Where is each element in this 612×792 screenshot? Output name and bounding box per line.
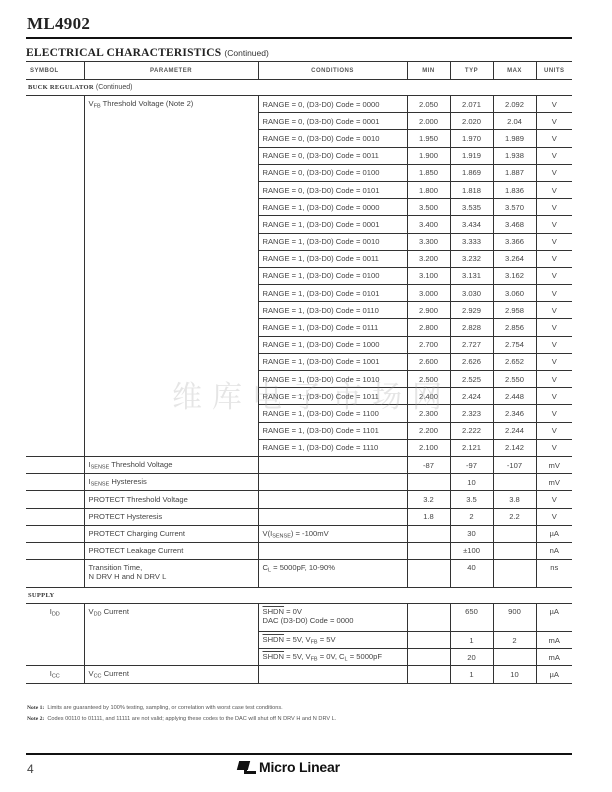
conditions-cell: RANGE = 1, (D3-D0) Code = 1100 <box>258 405 407 422</box>
parameter-cell: PROTECT Charging Current <box>84 525 258 542</box>
min-value: 2.100 <box>407 439 450 456</box>
conditions-cell <box>258 542 407 559</box>
parameter-cell: ISENSE Threshold Voltage <box>84 456 258 473</box>
parameter-cell: ISENSE Hysteresis <box>84 474 258 491</box>
company-name: Micro Linear <box>259 759 340 775</box>
min-value <box>407 649 450 666</box>
subscript-text: CC <box>94 674 102 680</box>
units-value: V <box>536 422 572 439</box>
cell-text: SHDN = 0V <box>263 607 403 616</box>
max-value: 1.989 <box>493 130 536 147</box>
conditions-cell: RANGE = 1, (D3-D0) Code = 1000 <box>258 336 407 353</box>
parameter-cell: VDD Current <box>84 604 258 666</box>
max-value: 2.856 <box>493 319 536 336</box>
max-value: 10 <box>493 666 536 683</box>
max-value: -107 <box>493 456 536 473</box>
typ-value: 1 <box>450 666 493 683</box>
min-value: 3.200 <box>407 250 450 267</box>
cell-text: Hysteresis <box>109 477 147 486</box>
typ-value: 3.333 <box>450 233 493 250</box>
table-row: ISENSE Hysteresis10mV <box>26 474 572 491</box>
conditions-cell: RANGE = 1, (D3-D0) Code = 0010 <box>258 233 407 250</box>
symbol-cell <box>26 525 84 542</box>
col-max: MAX <box>493 62 536 80</box>
units-value: V <box>536 508 572 525</box>
symbol-cell <box>26 456 84 473</box>
subscript-text: FB <box>311 657 318 663</box>
typ-value: 2.424 <box>450 388 493 405</box>
units-value: V <box>536 216 572 233</box>
note-label: Note 1: <box>27 705 44 711</box>
max-value: 2.958 <box>493 302 536 319</box>
col-typ: TYP <box>450 62 493 80</box>
subscript-text: CC <box>52 674 60 680</box>
conditions-cell: RANGE = 1, (D3-D0) Code = 0001 <box>258 216 407 233</box>
min-value: 1.900 <box>407 147 450 164</box>
cell-text: = 5000pF <box>348 652 382 661</box>
parameter-cell: PROTECT Hysteresis <box>84 508 258 525</box>
parameter-cell: PROTECT Leakage Current <box>84 542 258 559</box>
symbol-cell <box>26 96 84 457</box>
min-value: 2.200 <box>407 422 450 439</box>
conditions-cell: RANGE = 1, (D3-D0) Code = 0000 <box>258 199 407 216</box>
table-row: PROTECT Leakage Current±100nA <box>26 542 572 559</box>
units-value: V <box>536 302 572 319</box>
page-number: 4 <box>27 762 34 776</box>
conditions-cell: RANGE = 1, (D3-D0) Code = 1110 <box>258 439 407 456</box>
max-value: 2.142 <box>493 439 536 456</box>
max-value: 3.264 <box>493 250 536 267</box>
min-value: 1.850 <box>407 164 450 181</box>
parameter-cell: PROTECT Threshold Voltage <box>84 491 258 508</box>
conditions-cell: CL = 5000pF, 10-90% <box>258 560 407 588</box>
typ-value: 1 <box>450 632 493 649</box>
symbol-cell <box>26 491 84 508</box>
max-value <box>493 525 536 542</box>
min-value: 2.500 <box>407 371 450 388</box>
conditions-cell: SHDN = 5V, VFB = 5V <box>258 632 407 649</box>
typ-value: 2.071 <box>450 96 493 113</box>
typ-value: 30 <box>450 525 493 542</box>
cell-text: Current <box>102 607 129 616</box>
typ-value: 3.5 <box>450 491 493 508</box>
cell-text: Current <box>102 669 129 678</box>
max-value: 2.244 <box>493 422 536 439</box>
max-value <box>493 542 536 559</box>
units-value: V <box>536 96 572 113</box>
min-value <box>407 542 450 559</box>
units-value: µA <box>536 525 572 542</box>
typ-value: 1.869 <box>450 164 493 181</box>
min-value <box>407 666 450 683</box>
table-row: IDDVDD CurrentSHDN = 0VDAC (D3-D0) Code … <box>26 604 572 632</box>
col-parameter: PARAMETER <box>84 62 258 80</box>
conditions-cell: RANGE = 1, (D3-D0) Code = 0110 <box>258 302 407 319</box>
cell-text: = 5V, V <box>284 652 311 661</box>
cell-text: = 5000pF, 10-90% <box>271 563 335 572</box>
max-value: 3.162 <box>493 267 536 284</box>
units-value: V <box>536 250 572 267</box>
section-title-suffix: (Continued) <box>224 48 268 58</box>
conditions-cell: SHDN = 0VDAC (D3-D0) Code = 0000 <box>258 604 407 632</box>
max-value: 2.448 <box>493 388 536 405</box>
min-value <box>407 632 450 649</box>
units-value: V <box>536 388 572 405</box>
max-value: 2.04 <box>493 113 536 130</box>
max-value: 2.346 <box>493 405 536 422</box>
subscript-text: SENSE <box>91 464 110 470</box>
units-value: V <box>536 181 572 198</box>
min-value: 1.800 <box>407 181 450 198</box>
parameter-cell: VCC Current <box>84 666 258 683</box>
conditions-cell <box>258 666 407 683</box>
typ-value: 2.828 <box>450 319 493 336</box>
footer-rule <box>26 753 572 755</box>
subscript-text: DD <box>52 612 60 618</box>
typ-value: 2.626 <box>450 353 493 370</box>
conditions-cell: RANGE = 0, (D3-D0) Code = 0010 <box>258 130 407 147</box>
max-value <box>493 649 536 666</box>
conditions-cell: RANGE = 0, (D3-D0) Code = 0001 <box>258 113 407 130</box>
typ-value: 3.232 <box>450 250 493 267</box>
cell-text: DAC (D3-D0) Code = 0000 <box>263 616 403 625</box>
typ-value: -97 <box>450 456 493 473</box>
typ-value: 3.030 <box>450 285 493 302</box>
conditions-cell: RANGE = 1, (D3-D0) Code = 1011 <box>258 388 407 405</box>
conditions-cell: RANGE = 1, (D3-D0) Code = 1101 <box>258 422 407 439</box>
typ-value: 20 <box>450 649 493 666</box>
min-value: 3.000 <box>407 285 450 302</box>
section-title: ELECTRICAL CHARACTERISTICS (Continued) <box>26 47 269 59</box>
min-value: 2.700 <box>407 336 450 353</box>
electrical-characteristics-table: SYMBOL PARAMETER CONDITIONS MIN TYP MAX … <box>26 61 572 684</box>
conditions-cell: RANGE = 1, (D3-D0) Code = 0100 <box>258 267 407 284</box>
conditions-cell: RANGE = 0, (D3-D0) Code = 0011 <box>258 147 407 164</box>
symbol-cell <box>26 542 84 559</box>
cell-text: Threshold Voltage <box>109 460 172 469</box>
units-value: V <box>536 233 572 250</box>
conditions-cell <box>258 508 407 525</box>
symbol-cell <box>26 560 84 588</box>
units-value: V <box>536 371 572 388</box>
typ-value: 2.929 <box>450 302 493 319</box>
units-value: µA <box>536 604 572 632</box>
min-value <box>407 525 450 542</box>
note-text: Codes 00110 to 01111, and 11111 are not … <box>47 716 336 722</box>
typ-value: 1.970 <box>450 130 493 147</box>
min-value: 2.000 <box>407 113 450 130</box>
conditions-cell: RANGE = 0, (D3-D0) Code = 0101 <box>258 181 407 198</box>
min-value: 3.300 <box>407 233 450 250</box>
symbol-cell <box>26 508 84 525</box>
typ-value: 2.323 <box>450 405 493 422</box>
parameter-cell: VFB Threshold Voltage (Note 2) <box>84 96 258 457</box>
typ-value: 3.535 <box>450 199 493 216</box>
units-value: V <box>536 319 572 336</box>
max-value: 2.754 <box>493 336 536 353</box>
col-symbol: SYMBOL <box>26 62 84 80</box>
group-row-buck: BUCK REGULATOR (Continued) <box>26 80 572 96</box>
group-label: BUCK REGULATOR (Continued) <box>26 80 572 96</box>
conditions-cell: SHDN = 5V, VFB = 0V, CL = 5000pF <box>258 649 407 666</box>
max-value: 3.468 <box>493 216 536 233</box>
cell-text: = 0V <box>284 607 302 616</box>
table-row: PROTECT Threshold Voltage3.23.53.8V <box>26 491 572 508</box>
units-value: V <box>536 164 572 181</box>
table-row: ICCVCC Current110µA <box>26 666 572 683</box>
cell-text: V(I <box>263 529 273 538</box>
typ-value: 3.131 <box>450 267 493 284</box>
param-sub: FB <box>94 104 101 110</box>
col-units: UNITS <box>536 62 572 80</box>
section-title-text: ELECTRICAL CHARACTERISTICS <box>26 47 221 59</box>
units-value: V <box>536 405 572 422</box>
units-value: V <box>536 439 572 456</box>
units-value: ns <box>536 560 572 588</box>
conditions-cell: RANGE = 1, (D3-D0) Code = 0011 <box>258 250 407 267</box>
typ-value: 2 <box>450 508 493 525</box>
col-conditions: CONDITIONS <box>258 62 407 80</box>
max-value: 1.887 <box>493 164 536 181</box>
table-row: Transition Time,N DRV H and N DRV LCL = … <box>26 560 572 588</box>
note-1: Note 1: Limits are guaranteed by 100% te… <box>27 703 336 714</box>
max-value: 3.8 <box>493 491 536 508</box>
note-label: Note 2: <box>27 716 44 722</box>
units-value: V <box>536 336 572 353</box>
parameter-cell: Transition Time,N DRV H and N DRV L <box>84 560 258 588</box>
min-value: 2.600 <box>407 353 450 370</box>
symbol-cell <box>26 474 84 491</box>
param-rest: Threshold Voltage (Note 2) <box>101 99 194 108</box>
subscript-text: SENSE <box>91 481 110 487</box>
conditions-cell: V(ISENSE) = -100mV <box>258 525 407 542</box>
units-value: nA <box>536 542 572 559</box>
cell-text: = 5V, V <box>284 635 311 644</box>
typ-value: 1.919 <box>450 147 493 164</box>
conditions-cell: RANGE = 0, (D3-D0) Code = 0100 <box>258 164 407 181</box>
typ-value: 650 <box>450 604 493 632</box>
typ-value: 2.121 <box>450 439 493 456</box>
group-name: SUPPLY <box>28 592 54 599</box>
units-value: mA <box>536 632 572 649</box>
typ-value: 2.727 <box>450 336 493 353</box>
note-2: Note 2: Codes 00110 to 01111, and 11111 … <box>27 714 336 725</box>
units-value: V <box>536 130 572 147</box>
max-value: 2 <box>493 632 536 649</box>
micro-linear-logo-icon <box>238 759 256 775</box>
max-value: 2.092 <box>493 96 536 113</box>
min-value <box>407 604 450 632</box>
table-row: PROTECT Hysteresis1.822.2V <box>26 508 572 525</box>
conditions-cell: RANGE = 1, (D3-D0) Code = 1001 <box>258 353 407 370</box>
min-value: 1.950 <box>407 130 450 147</box>
typ-value: 10 <box>450 474 493 491</box>
units-value: V <box>536 147 572 164</box>
cell-text: SHDN <box>263 607 285 616</box>
typ-value: 1.818 <box>450 181 493 198</box>
cell-text: = 5V <box>318 635 336 644</box>
conditions-cell: RANGE = 1, (D3-D0) Code = 1010 <box>258 371 407 388</box>
min-value: 2.800 <box>407 319 450 336</box>
group-name: BUCK REGULATOR <box>28 84 94 91</box>
conditions-cell <box>258 491 407 508</box>
subscript-text: FB <box>311 639 318 645</box>
max-value: 1.938 <box>493 147 536 164</box>
subscript-text: SENSE <box>272 533 291 539</box>
min-value <box>407 474 450 491</box>
typ-value: ±100 <box>450 542 493 559</box>
max-value <box>493 474 536 491</box>
cell-text: SHDN <box>263 652 285 661</box>
units-value: V <box>536 113 572 130</box>
group-suffix: (Continued) <box>96 84 133 91</box>
conditions-cell <box>258 456 407 473</box>
table-row: VFB Threshold Voltage (Note 2)RANGE = 0,… <box>26 96 572 113</box>
cell-text: ) = -100mV <box>291 529 329 538</box>
max-value: 2.2 <box>493 508 536 525</box>
units-value: mV <box>536 456 572 473</box>
cell-text: N DRV H and N DRV L <box>89 572 254 581</box>
conditions-cell: RANGE = 1, (D3-D0) Code = 0111 <box>258 319 407 336</box>
max-value: 3.366 <box>493 233 536 250</box>
group-row-supply: SUPPLY <box>26 588 572 604</box>
typ-value: 40 <box>450 560 493 588</box>
company-logo: Micro Linear <box>238 759 340 775</box>
units-value: V <box>536 199 572 216</box>
table-row: PROTECT Charging CurrentV(ISENSE) = -100… <box>26 525 572 542</box>
conditions-cell: RANGE = 1, (D3-D0) Code = 0101 <box>258 285 407 302</box>
cell-text: SHDN <box>263 635 285 644</box>
col-min: MIN <box>407 62 450 80</box>
max-value: 2.550 <box>493 371 536 388</box>
part-number: ML4902 <box>27 14 90 34</box>
typ-value: 3.434 <box>450 216 493 233</box>
max-value: 3.570 <box>493 199 536 216</box>
min-value: 3.100 <box>407 267 450 284</box>
typ-value: 2.222 <box>450 422 493 439</box>
max-value: 2.652 <box>493 353 536 370</box>
note-text: Limits are guaranteed by 100% testing, s… <box>47 705 282 711</box>
min-value: 2.050 <box>407 96 450 113</box>
units-value: mA <box>536 649 572 666</box>
max-value: 3.060 <box>493 285 536 302</box>
units-value: µA <box>536 666 572 683</box>
units-value: V <box>536 491 572 508</box>
table-row: ISENSE Threshold Voltage-87-97-107mV <box>26 456 572 473</box>
max-value: 1.836 <box>493 181 536 198</box>
max-value: 900 <box>493 604 536 632</box>
notes: Note 1: Limits are guaranteed by 100% te… <box>27 703 336 725</box>
min-value <box>407 560 450 588</box>
units-value: V <box>536 285 572 302</box>
symbol-cell: IDD <box>26 604 84 666</box>
min-value: 2.300 <box>407 405 450 422</box>
min-value: 3.500 <box>407 199 450 216</box>
min-value: 1.8 <box>407 508 450 525</box>
units-value: V <box>536 353 572 370</box>
typ-value: 2.525 <box>450 371 493 388</box>
symbol-cell: ICC <box>26 666 84 683</box>
cell-text: Transition Time, <box>89 563 254 572</box>
min-value: 3.400 <box>407 216 450 233</box>
header-rule <box>26 37 572 39</box>
min-value: 2.400 <box>407 388 450 405</box>
min-value: -87 <box>407 456 450 473</box>
conditions-cell <box>258 474 407 491</box>
max-value <box>493 560 536 588</box>
typ-value: 2.020 <box>450 113 493 130</box>
group-label: SUPPLY <box>26 588 572 604</box>
table-header-row: SYMBOL PARAMETER CONDITIONS MIN TYP MAX … <box>26 62 572 80</box>
subscript-text: DD <box>94 612 102 618</box>
cell-text: = 0V, C <box>318 652 345 661</box>
units-value: mV <box>536 474 572 491</box>
min-value: 3.2 <box>407 491 450 508</box>
units-value: V <box>536 267 572 284</box>
conditions-cell: RANGE = 0, (D3-D0) Code = 0000 <box>258 96 407 113</box>
min-value: 2.900 <box>407 302 450 319</box>
